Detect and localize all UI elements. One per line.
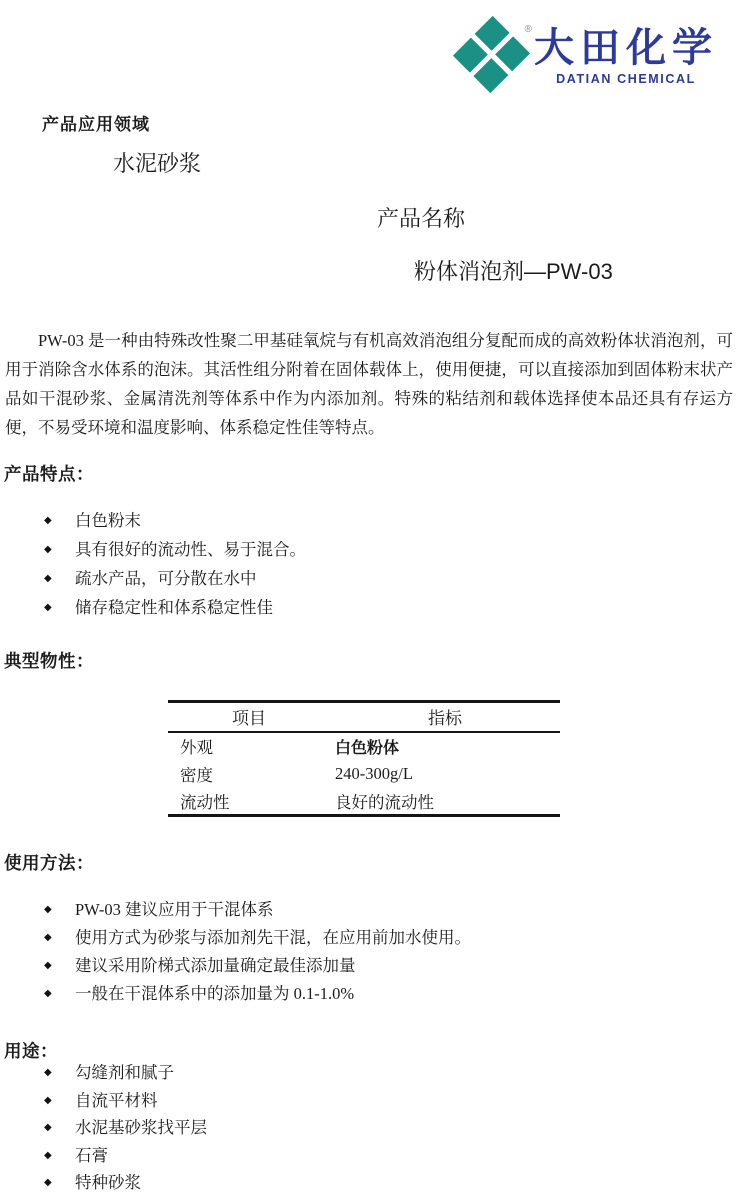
use-item-text: 自流平材料: [75, 1091, 158, 1110]
use-item-text: 勾缝剂和腻子: [75, 1063, 174, 1082]
use-item-text: 水泥基砂浆找平层: [75, 1118, 207, 1137]
usage-item-text: 建议采用阶梯式添加量确定最佳添加量: [75, 956, 356, 975]
feature-item-text: 疏水产品，可分散在水中: [75, 569, 257, 588]
usage-item: ◆ 使用方式为砂浆与添加剂先干混，在应用前加水使用。: [0, 924, 738, 952]
logo-diamond-icon: ®: [450, 12, 536, 98]
table-header-indicator: 指标: [330, 702, 560, 732]
usage-item-text: 使用方式为砂浆与添加剂先干混，在应用前加水使用。: [75, 928, 471, 947]
diamond-bullet-icon: ◆: [44, 1142, 52, 1170]
registered-trademark-icon: ®: [525, 24, 532, 35]
diamond-bullet-icon: ◆: [44, 564, 52, 593]
properties-table: 项目 指标 外观 白色粉体 密度 240-300g/L 流动性 良好的流动性: [168, 700, 560, 817]
feature-item-text: 具有很好的流动性、易于混合。: [75, 540, 306, 559]
diamond-bullet-icon: ◆: [44, 1087, 52, 1115]
usage-item: ◆ 一般在干混体系中的添加量为 0.1-1.0%: [0, 980, 738, 1008]
feature-item-text: 储存稳定性和体系稳定性佳: [75, 598, 273, 617]
diamond-bullet-icon: ◆: [44, 1059, 52, 1087]
product-name: 粉体消泡剂—PW-03: [414, 255, 613, 286]
application-value: 水泥砂浆: [113, 147, 201, 178]
usage-list: ◆ PW-03 建议应用于干混体系 ◆ 使用方式为砂浆与添加剂先干混，在应用前加…: [0, 896, 738, 1008]
use-item: ◆ 特种砂浆: [0, 1169, 738, 1197]
product-name-heading: 产品名称: [377, 202, 465, 233]
brand-name-en: DATIAN CHEMICAL: [534, 72, 718, 86]
diamond-bullet-icon: ◆: [44, 535, 52, 564]
usage-item: ◆ PW-03 建议应用于干混体系: [0, 896, 738, 924]
diamond-bullet-icon: ◆: [44, 896, 52, 924]
use-item-text: 特种砂浆: [75, 1173, 141, 1192]
property-name: 流动性: [168, 788, 330, 816]
diamond-bullet-icon: ◆: [44, 924, 52, 952]
diamond-bullet-icon: ◆: [44, 593, 52, 622]
table-row: 流动性 良好的流动性: [168, 788, 560, 816]
use-item: ◆ 勾缝剂和腻子: [0, 1059, 738, 1087]
usage-heading: 使用方法：: [4, 850, 94, 875]
use-item-text: 石膏: [75, 1146, 108, 1165]
diamond-bullet-icon: ◆: [44, 506, 52, 535]
features-heading: 产品特点：: [4, 461, 94, 486]
uses-list: ◆ 勾缝剂和腻子 ◆ 自流平材料 ◆ 水泥基砂浆找平层 ◆ 石膏 ◆ 特种砂浆: [0, 1059, 738, 1197]
diamond-shape: [453, 16, 530, 93]
brand-text: 大田化学 DATIAN CHEMICAL: [534, 12, 718, 98]
use-item: ◆ 水泥基砂浆找平层: [0, 1114, 738, 1142]
table-header-item: 项目: [168, 702, 330, 732]
document-page: ® 大田化学 DATIAN CHEMICAL 产品应用领域 水泥砂浆 产品名称 …: [0, 0, 738, 1200]
feature-item: ◆ 储存稳定性和体系稳定性佳: [0, 593, 738, 622]
application-heading: 产品应用领域: [42, 110, 150, 135]
table-header-row: 项目 指标: [168, 702, 560, 732]
features-list: ◆ 白色粉末 ◆ 具有很好的流动性、易于混合。 ◆ 疏水产品，可分散在水中 ◆ …: [0, 506, 738, 622]
properties-heading: 典型物性：: [4, 648, 94, 673]
brand-logo: ® 大田化学 DATIAN CHEMICAL: [450, 12, 718, 98]
usage-item-text: PW-03 建议应用于干混体系: [75, 900, 273, 919]
usage-item: ◆ 建议采用阶梯式添加量确定最佳添加量: [0, 952, 738, 980]
property-value: 白色粉体: [330, 732, 560, 760]
property-value: 良好的流动性: [330, 788, 560, 816]
table-row: 外观 白色粉体: [168, 732, 560, 760]
usage-item-text: 一般在干混体系中的添加量为 0.1-1.0%: [75, 984, 354, 1003]
diamond-bullet-icon: ◆: [44, 1169, 52, 1197]
table-row: 密度 240-300g/L: [168, 760, 560, 788]
product-description: PW-03 是一种由特殊改性聚二甲基硅氧烷与有机高效消泡组分复配而成的高效粉体状…: [5, 326, 733, 442]
property-value: 240-300g/L: [330, 760, 560, 788]
property-name: 外观: [168, 732, 330, 760]
use-item: ◆ 自流平材料: [0, 1087, 738, 1115]
diamond-bullet-icon: ◆: [44, 952, 52, 980]
diamond-bullet-icon: ◆: [44, 980, 52, 1008]
feature-item-text: 白色粉末: [75, 511, 141, 530]
property-name: 密度: [168, 760, 330, 788]
feature-item: ◆ 疏水产品，可分散在水中: [0, 564, 738, 593]
feature-item: ◆ 具有很好的流动性、易于混合。: [0, 535, 738, 564]
diamond-bullet-icon: ◆: [44, 1114, 52, 1142]
brand-name-cn: 大田化学: [534, 25, 718, 71]
use-item: ◆ 石膏: [0, 1142, 738, 1170]
feature-item: ◆ 白色粉末: [0, 506, 738, 535]
